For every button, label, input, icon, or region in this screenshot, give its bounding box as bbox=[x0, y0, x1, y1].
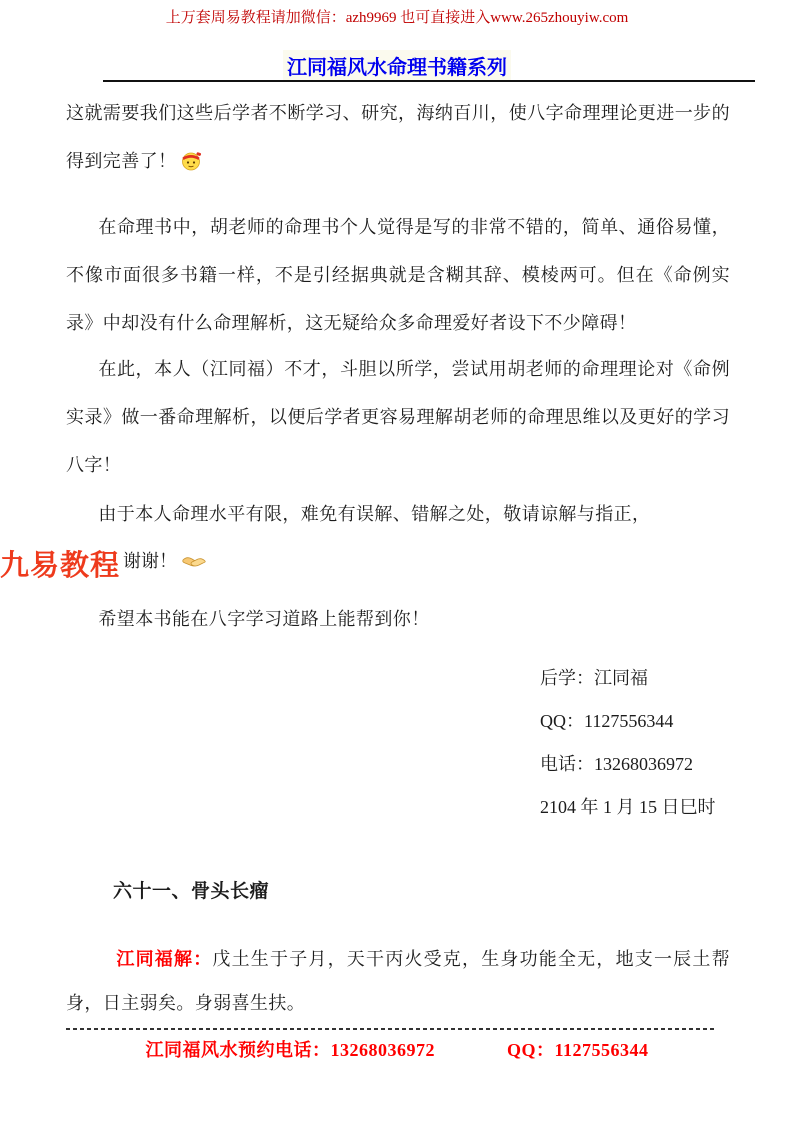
footer-dashed-rule bbox=[66, 1028, 714, 1030]
signature-qq: QQ：1127556344 bbox=[540, 700, 780, 743]
header-promo-note: 上万套周易教程请加微信：azh9969 也可直接进入www.265zhouyiw… bbox=[0, 6, 794, 27]
section-heading-61: 六十一、骨头长瘤 bbox=[113, 876, 269, 903]
struggle-face-emoji-icon bbox=[180, 141, 202, 189]
header-divider-rule bbox=[103, 80, 755, 82]
paragraph-author-intent: 在此，本人（江同福）不才，斗胆以所学，尝试用胡老师的命理理论对《命例实录》做一番… bbox=[66, 345, 730, 489]
document-page: 上万套周易教程请加微信：azh9969 也可直接进入www.265zhouyiw… bbox=[0, 0, 794, 1123]
watermark-jiuyi-jiaocheng: 九易教程 bbox=[0, 543, 120, 584]
paragraph-apology: 由于本人命理水平有限，难免有误解、错解之处，敬请谅解与指正， bbox=[66, 490, 730, 538]
handshake-emoji-icon bbox=[181, 541, 207, 589]
analysis-label: 江同福解： bbox=[116, 949, 212, 969]
signature-author: 后学：江同福 bbox=[540, 657, 780, 700]
signature-date: 2104 年 1 月 15 日巳时 bbox=[540, 786, 780, 829]
series-title-row: 江同福风水命理书籍系列 bbox=[0, 50, 794, 81]
paragraph-intro-completion: 这就需要我们这些后学者不断学习、研究，海纳百川，使八字命理理论更进一步的得到完善… bbox=[66, 89, 730, 189]
paragraph-analysis: 江同福解：戊土生于子月，天干丙火受克，生身功能全无，地支一辰土帮身，日主弱矣。身… bbox=[66, 937, 730, 1025]
footer-qq: QQ：1127556344 bbox=[507, 1036, 649, 1062]
signature-block: 后学：江同福 QQ：1127556344 电话：13268036972 2104… bbox=[540, 657, 780, 829]
footer-contact-line: 江同福风水预约电话：13268036972 QQ：1127556344 bbox=[0, 1036, 794, 1062]
paragraph-thanks-line: 谢谢！ bbox=[123, 537, 623, 589]
series-title: 江同福风水命理书籍系列 bbox=[283, 50, 511, 81]
thanks-text: 谢谢！ bbox=[123, 551, 177, 571]
footer-booking-phone: 江同福风水预约电话：13268036972 bbox=[145, 1036, 435, 1062]
paragraph-hope: 希望本书能在八字学习道路上能帮到你！ bbox=[66, 595, 730, 643]
paragraph-text: 这就需要我们这些后学者不断学习、研究，海纳百川，使八字命理理论更进一步的得到完善… bbox=[66, 103, 730, 171]
paragraph-book-review: 在命理书中，胡老师的命理书个人觉得是写的非常不错的，简单、通俗易懂，不像市面很多… bbox=[66, 203, 730, 347]
signature-phone: 电话：13268036972 bbox=[540, 743, 780, 786]
